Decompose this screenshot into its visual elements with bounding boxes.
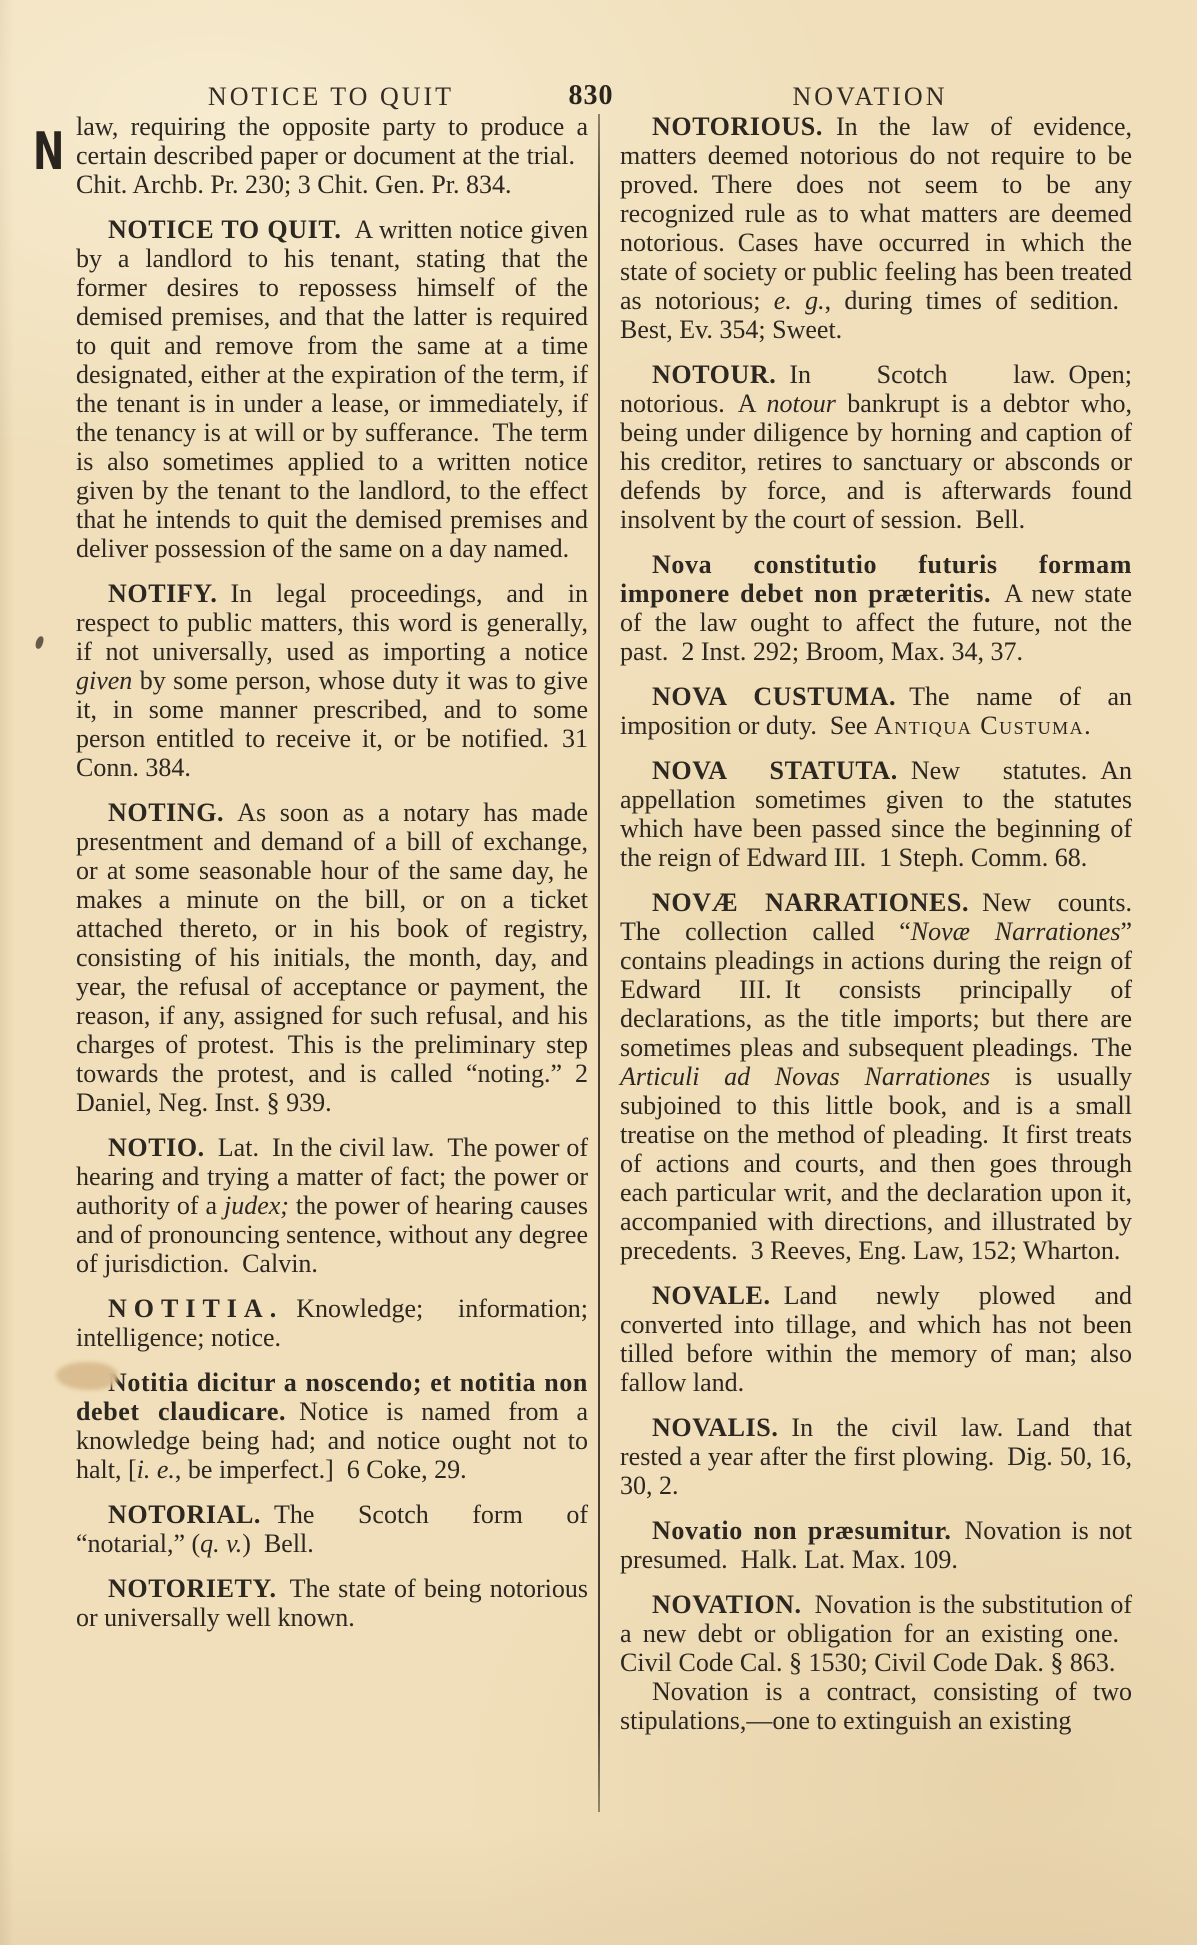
dictionary-page: NOTICE TO QUIT 830 NOVATION N law, requi… xyxy=(0,0,1197,1945)
entry-notorious: NOTORIOUS. In the law of evidence, matte… xyxy=(620,112,1132,344)
ink-speck xyxy=(35,635,45,649)
entry-notice-to-quit: NOTICE TO QUIT. A written notice given b… xyxy=(76,215,588,563)
entry-notify: NOTIFY. In legal proceedings, and in res… xyxy=(76,579,588,782)
entry-notour: NOTOUR. In Scotch law. Open; notorious. … xyxy=(620,360,1132,534)
running-head-left: NOTICE TO QUIT xyxy=(76,82,586,112)
page-number: 830 xyxy=(536,80,646,112)
running-head-right: NOVATION xyxy=(642,82,1098,112)
entry-noting: NOTING. As soon as a notary has made pre… xyxy=(76,798,588,1117)
entry-notio: NOTIO. Lat. In the civil law. The power … xyxy=(76,1133,588,1278)
entry-nova-statuta: NOVA STATUTA. New statutes. An appellati… xyxy=(620,756,1132,872)
entry-nova-custuma: NOVA CUSTUMA. The name of an imposition … xyxy=(620,682,1132,740)
section-letter-n: N xyxy=(33,126,64,178)
entry-novae-narrationes: NOVÆ NARRATIONES. New counts. The collec… xyxy=(620,888,1132,1265)
entry-notorial: NOTORIAL. The Scotch form of “notarial,”… xyxy=(76,1500,588,1558)
entry-novale: NOVALE. Land newly plowed and converted … xyxy=(620,1281,1132,1397)
entry-novalis: NOVALIS. In the civil law. Land that res… xyxy=(620,1413,1132,1500)
entry-notoriety: NOTORIETY. The state of being notorious … xyxy=(76,1574,588,1632)
entry-novation-continued: Novation is a contract, consisting of tw… xyxy=(620,1677,1132,1735)
left-column: law, requiring the opposite party to pro… xyxy=(76,112,588,1632)
entry-notice-continued: law, requiring the opposite party to pro… xyxy=(76,112,588,199)
column-divider xyxy=(598,114,600,1812)
paper-smudge xyxy=(56,1362,118,1390)
entry-novation: NOVATION. Novation is the substitution o… xyxy=(620,1590,1132,1677)
right-column: NOTORIOUS. In the law of evidence, matte… xyxy=(620,112,1132,1735)
entry-nova-constitutio: Nova constitutio futuris formam imponere… xyxy=(620,550,1132,666)
entry-novatio-non-praesumitur: Novatio non præsumitur. Novation is not … xyxy=(620,1516,1132,1574)
entry-notitia-dicitur: Notitia dicitur a noscendo; et notitia n… xyxy=(76,1368,588,1484)
entry-notitia: NOTITIA. Knowledge; information; intelli… xyxy=(76,1294,588,1352)
